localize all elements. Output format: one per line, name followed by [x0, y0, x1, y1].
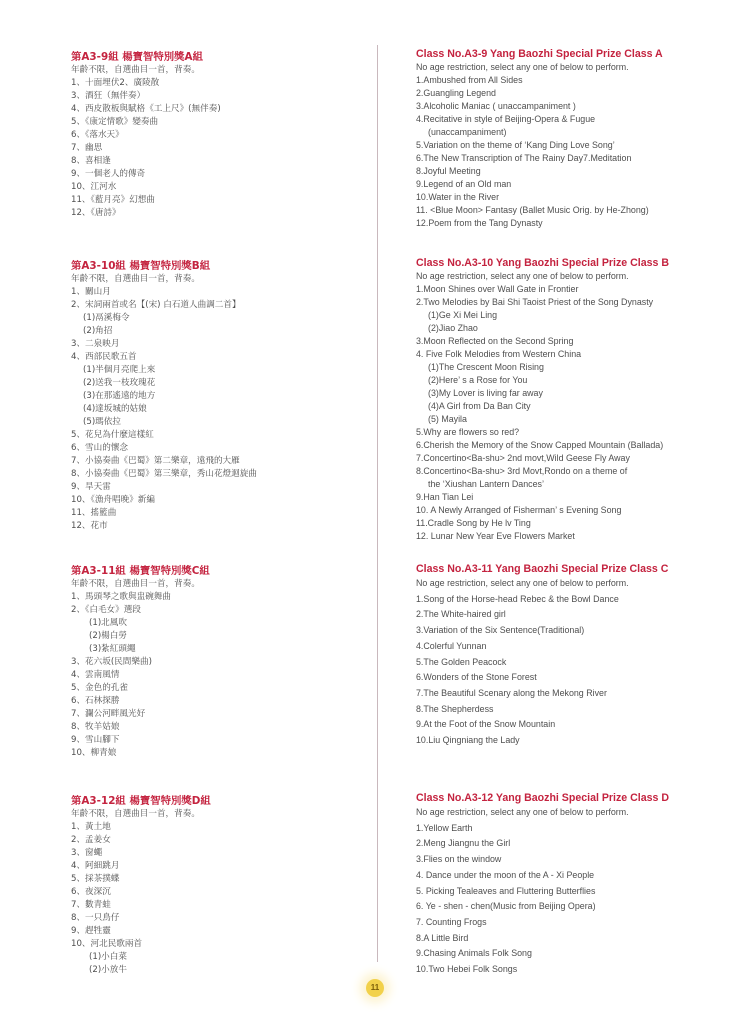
section-intro: 年齡不限，自選曲目一首，背奏。 [71, 64, 221, 77]
list-item: 3、花六坂(民間樂曲) [71, 656, 210, 669]
sub-list-item: (1)小白菜 [71, 951, 211, 964]
list-item: 6.Wonders of the Stone Forest [416, 670, 668, 686]
list-item: 3.Moon Reflected on the Second Spring [416, 335, 669, 348]
section-a3-11-en: Class No.A3-11 Yang Baozhi Special Prize… [416, 562, 668, 749]
column-divider [377, 45, 378, 962]
list-item: 10. A Newly Arranged of Fisherman’ s Eve… [416, 504, 669, 517]
list-item: 5、花兒為什麼這樣紅 [71, 429, 257, 442]
list-item: 4、阿細跳月 [71, 860, 211, 873]
list-item: 6、雪山的懷念 [71, 442, 257, 455]
list-item: 8.Concertino<Ba-shu> 3rd Movt,Rondo on a… [416, 465, 669, 478]
section-a3-9-zh: 第A3-9組 楊寶智特別獎A組年齡不限，自選曲目一首，背奏。1、十面埋伏2、廣陵… [71, 50, 221, 220]
sub-list-item: (2)Here’ s a Rose for You [416, 374, 669, 387]
section-a3-9-en: Class No.A3-9 Yang Baozhi Special Prize … [416, 47, 663, 230]
list-item: 5.Why are flowers so red? [416, 426, 669, 439]
list-item: 8、小協奏曲《巴蜀》第三樂章，秀山花燈迴旋曲 [71, 468, 257, 481]
page-number-badge: 11 [366, 979, 384, 997]
list-item: 10.Two Hebei Folk Songs [416, 962, 669, 978]
list-item: 6、夜深沉 [71, 886, 211, 899]
section-title: Class No.A3-10 Yang Baozhi Special Prize… [416, 256, 669, 270]
list-item: 3.Variation of the Six Sentence(Traditio… [416, 623, 668, 639]
list-item: 12. Lunar New Year Eve Flowers Market [416, 530, 669, 543]
list-item: 10、《漁舟唱晚》新編 [71, 494, 257, 507]
list-item: 11.Cradle Song by He lv Ting [416, 517, 669, 530]
list-item: 6.The New Transcription of The Rainy Day… [416, 152, 663, 165]
list-item: 4. Dance under the moon of the A - Xi Pe… [416, 868, 669, 884]
list-item: 6. Ye - shen - chen(Music from Beijing O… [416, 899, 669, 915]
list-item: 1.Yellow Earth [416, 821, 669, 837]
list-item: 9、一個老人的傳奇 [71, 168, 221, 181]
list-item: 8、一只鳥仔 [71, 912, 211, 925]
list-item: 3.Flies on the window [416, 852, 669, 868]
list-item: 10.Liu Qingniang the Lady [416, 733, 668, 749]
list-item: 4. Five Folk Melodies from Western China [416, 348, 669, 361]
sub-list-item: (2)Jiao Zhao [416, 322, 669, 335]
list-item: 8.Joyful Meeting [416, 165, 663, 178]
section-a3-10-en: Class No.A3-10 Yang Baozhi Special Prize… [416, 256, 669, 543]
list-item: 2.The White-haired girl [416, 607, 668, 623]
sub-list-item: (5)瑪依拉 [71, 416, 257, 429]
sub-list-item: (3)在那遙遠的地方 [71, 390, 257, 403]
section-a3-11-zh: 第A3-11組 楊寶智特別獎C組年齡不限，自選曲目一首，背奏。1、馬頭琴之歌與盅… [71, 564, 210, 760]
list-item: 10.Water in the River [416, 191, 663, 204]
sub-list-item: (4)達坂城的姑娘 [71, 403, 257, 416]
section-title: 第A3-9組 楊寶智特別獎A組 [71, 50, 221, 64]
sub-list-item: (3)My Lover is living far away [416, 387, 669, 400]
list-item: 11、搖籃曲 [71, 507, 257, 520]
list-item: 1、黃土地 [71, 821, 211, 834]
list-item: 10、柳青娘 [71, 747, 210, 760]
sub-list-item: (2)送我一枝玫瑰花 [71, 377, 257, 390]
list-item: 12.Poem from the Tang Dynasty [416, 217, 663, 230]
sub-list-item: (unaccampaniment) [416, 126, 663, 139]
section-a3-10-zh: 第A3-10組 楊寶智特別獎B組年齡不限，自選曲目一首，背奏。1、關山月2、宋詞… [71, 259, 257, 533]
section-intro: 年齡不限，自選曲目一首，背奏。 [71, 808, 211, 821]
list-item: 4.Recitative in style of Beijing-Opera &… [416, 113, 663, 126]
sub-list-item: (2)小放牛 [71, 964, 211, 977]
list-item: 8.The Shepherdess [416, 702, 668, 718]
section-title: Class No.A3-12 Yang Baozhi Special Prize… [416, 791, 669, 805]
list-item: 7、瀾公河畔風光好 [71, 708, 210, 721]
list-item: 9、雪山腳下 [71, 734, 210, 747]
list-item: 12、花市 [71, 520, 257, 533]
section-intro: 年齡不限，自選曲目一首，背奏。 [71, 273, 257, 286]
list-item: 4、西部民歌五首 [71, 351, 257, 364]
section-title: Class No.A3-11 Yang Baozhi Special Prize… [416, 562, 668, 576]
sub-list-item: (1)鬲溪梅令 [71, 312, 257, 325]
list-item: 4、西皮散板與賦格《工上尺》(無伴奏) [71, 103, 221, 116]
list-item: 1.Moon Shines over Wall Gate in Frontier [416, 283, 669, 296]
list-item: 5、金色的孔雀 [71, 682, 210, 695]
section-a3-12-en: Class No.A3-12 Yang Baozhi Special Prize… [416, 791, 669, 978]
sub-list-item: (2)楊白勞 [71, 630, 210, 643]
list-item: 12、《唐詩》 [71, 207, 221, 220]
sub-list-item: (1)The Crescent Moon Rising [416, 361, 669, 374]
list-item: 4、雲南風情 [71, 669, 210, 682]
sub-list-item: (1)Ge Xi Mei Ling [416, 309, 669, 322]
list-item: 5. Picking Tealeaves and Fluttering Butt… [416, 884, 669, 900]
list-item: 8、喜相逢 [71, 155, 221, 168]
list-item: 1、關山月 [71, 286, 257, 299]
list-item: 5.Variation on the theme of ‘Kang Ding L… [416, 139, 663, 152]
list-item: 8.A Little Bird [416, 931, 669, 947]
sub-list-item: (5) Mayila [416, 413, 669, 426]
list-item: 7. Counting Frogs [416, 915, 669, 931]
list-item: 2、《白毛女》選段 [71, 604, 210, 617]
list-item: 9、趕牲靈 [71, 925, 211, 938]
list-item: 10、江河水 [71, 181, 221, 194]
section-title: Class No.A3-9 Yang Baozhi Special Prize … [416, 47, 663, 61]
list-item: 5、採茶撲蝶 [71, 873, 211, 886]
list-item: 6、石林探勝 [71, 695, 210, 708]
sub-list-item: (1)半個月亮爬上來 [71, 364, 257, 377]
list-item: 9.Chasing Animals Folk Song [416, 946, 669, 962]
list-item: 7、幽思 [71, 142, 221, 155]
list-item: 3、酒狂（無伴奏） [71, 90, 221, 103]
sub-list-item: the ‘Xiushan Lantern Dances’ [416, 478, 669, 491]
list-item: 1、馬頭琴之歌與盅碗舞曲 [71, 591, 210, 604]
list-item: 2.Meng Jiangnu the Girl [416, 836, 669, 852]
sub-list-item: (4)A Girl from Da Ban City [416, 400, 669, 413]
list-item: 3、二泉映月 [71, 338, 257, 351]
section-title: 第A3-11組 楊寶智特別獎C組 [71, 564, 210, 578]
list-item: 9、旱天雷 [71, 481, 257, 494]
list-item: 9.At the Foot of the Snow Mountain [416, 717, 668, 733]
list-item: 2、宋詞兩首或名【(宋) 白石道人曲調二首】 [71, 299, 257, 312]
list-item: 5.The Golden Peacock [416, 655, 668, 671]
list-item: 9.Han Tian Lei [416, 491, 669, 504]
list-item: 9.Legend of an Old man [416, 178, 663, 191]
list-item: 8、牧羊姑娘 [71, 721, 210, 734]
section-title: 第A3-12組 楊寶智特別獎D組 [71, 794, 211, 808]
section-intro: No age restriction, select any one of be… [416, 61, 663, 74]
list-item: 5、《康定情歌》變奏曲 [71, 116, 221, 129]
section-a3-12-zh: 第A3-12組 楊寶智特別獎D組年齡不限，自選曲目一首，背奏。1、黃土地2、孟姜… [71, 794, 211, 977]
list-item: 7、小協奏曲《巴蜀》第二樂章，遠飛的大雁 [71, 455, 257, 468]
section-title: 第A3-10組 楊寶智特別獎B組 [71, 259, 257, 273]
section-intro: No age restriction, select any one of be… [416, 805, 669, 821]
section-intro: No age restriction, select any one of be… [416, 270, 669, 283]
sub-list-item: (1)北風吹 [71, 617, 210, 630]
list-item: 10、河北民歌兩首 [71, 938, 211, 951]
list-item: 7.Concertino<Ba-shu> 2nd movt,Wild Geese… [416, 452, 669, 465]
list-item: 1.Ambushed from All Sides [416, 74, 663, 87]
list-item: 1、十面埋伏2、廣陵散 [71, 77, 221, 90]
sub-list-item: (2)角招 [71, 325, 257, 338]
sub-list-item: (3)紮紅頭繩 [71, 643, 210, 656]
list-item: 1.Song of the Horse-head Rebec & the Bow… [416, 592, 668, 608]
list-item: 4.Colerful Yunnan [416, 639, 668, 655]
list-item: 3、窗蠅 [71, 847, 211, 860]
list-item: 11. <Blue Moon> Fantasy (Ballet Music Or… [416, 204, 663, 217]
list-item: 2.Two Melodies by Bai Shi Taoist Priest … [416, 296, 669, 309]
list-item: 2、孟姜女 [71, 834, 211, 847]
list-item: 2.Guangling Legend [416, 87, 663, 100]
list-item: 6、《落水天》 [71, 129, 221, 142]
list-item: 7、數青蛙 [71, 899, 211, 912]
section-intro: No age restriction, select any one of be… [416, 576, 668, 592]
section-intro: 年齡不限，自選曲目一首，背奏。 [71, 578, 210, 591]
list-item: 3.Alcoholic Maniac ( unaccampaniment ) [416, 100, 663, 113]
list-item: 11、《藍月亮》幻想曲 [71, 194, 221, 207]
list-item: 6.Cherish the Memory of the Snow Capped … [416, 439, 669, 452]
list-item: 7.The Beautiful Scenary along the Mekong… [416, 686, 668, 702]
